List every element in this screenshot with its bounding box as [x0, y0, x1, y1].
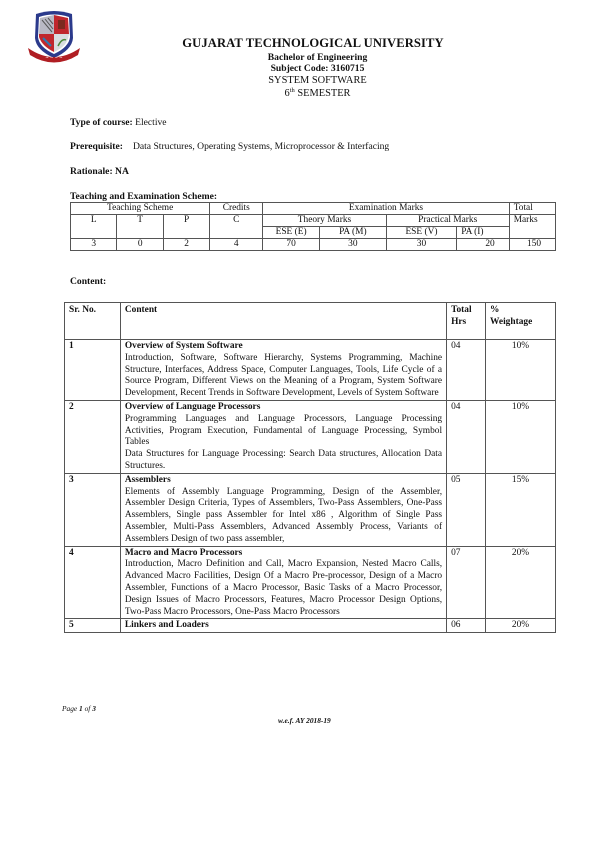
total-hrs-header: TotalHrs	[447, 303, 486, 340]
prerequisite: Prerequisite:Data Structures, Operating …	[70, 141, 389, 152]
page-prefix: Page	[62, 704, 79, 713]
pa-i-header: PA (I)	[457, 227, 509, 239]
scheme-values-row: 3 0 2 4 70 30 30 20 150	[71, 239, 556, 251]
pa-m-header: PA (M)	[319, 227, 386, 239]
sr-no-header: Sr. No.	[65, 303, 121, 340]
row-description: Introduction, Macro Definition and Call,…	[125, 559, 442, 618]
row-weightage: 20%	[486, 619, 556, 633]
content-row: 4 Macro and Macro Processors Introductio…	[65, 546, 556, 619]
teaching-scheme-header: Teaching Scheme	[71, 203, 210, 215]
effective-from: w.e.f. AY 2018-19	[278, 716, 331, 725]
university-name: GUJARAT TECHNOLOGICAL UNIVERSITY	[168, 36, 458, 51]
semester: 6th SEMESTER	[200, 88, 435, 99]
row-sr-no: 5	[65, 619, 121, 633]
scheme-table: Teaching Scheme Credits Examination Mark…	[70, 202, 556, 251]
row-description: Elements of Assembly Language Programmin…	[125, 487, 442, 546]
c-value: 4	[210, 239, 263, 251]
pa-m-value: 30	[319, 239, 386, 251]
l-value: 3	[71, 239, 117, 251]
content-row: 1 Overview of System Software Introducti…	[65, 340, 556, 401]
row-sr-no: 4	[65, 546, 121, 619]
row-weightage: 10%	[486, 340, 556, 401]
row-topic: Overview of Language Processors	[125, 402, 442, 414]
l-header: L	[71, 215, 117, 239]
theory-marks-header: Theory Marks	[263, 215, 386, 227]
total-hrs-header-line1: Total	[451, 305, 472, 315]
weightage-header-line2: Weightage	[490, 317, 532, 327]
total-marks-header-2: Marks	[509, 215, 555, 239]
row-topic: Assemblers	[125, 475, 442, 487]
row-topic: Overview of System Software	[125, 341, 442, 353]
course-type-label: Type of course:	[70, 117, 133, 128]
rationale: Rationale: NA	[70, 166, 129, 177]
row-hrs: 07	[447, 546, 486, 619]
ese-v-header: ESE (V)	[386, 227, 457, 239]
p-value: 2	[163, 239, 209, 251]
prerequisite-value: Data Structures, Operating Systems, Micr…	[133, 141, 389, 152]
ese-e-value: 70	[263, 239, 320, 251]
practical-marks-header: Practical Marks	[386, 215, 509, 227]
row-content: Assemblers Elements of Assembly Language…	[120, 473, 446, 546]
t-value: 0	[117, 239, 163, 251]
row-sr-no: 3	[65, 473, 121, 546]
pa-i-value: 20	[457, 239, 509, 251]
row-hrs: 04	[447, 400, 486, 473]
row-sr-no: 1	[65, 340, 121, 401]
weightage-header-line1: %	[490, 305, 499, 315]
row-weightage: 15%	[486, 473, 556, 546]
university-logo: ~ ~ ~ ~	[24, 8, 84, 66]
row-content: Macro and Macro Processors Introduction,…	[120, 546, 446, 619]
total-hrs-header-line2: Hrs	[451, 317, 466, 327]
scheme-heading: Teaching and Examination Scheme:	[70, 191, 217, 202]
row-description-2: Data Structures for Language Processing:…	[125, 449, 442, 473]
row-content: Linkers and Loaders	[120, 619, 446, 633]
row-hrs: 05	[447, 473, 486, 546]
gtu-crest-icon: ~ ~ ~ ~	[24, 8, 84, 66]
total-marks-header-1: Total	[509, 203, 555, 215]
semester-label: SEMESTER	[295, 88, 351, 99]
content-header: Content	[120, 303, 446, 340]
course-type: Type of course: Elective	[70, 117, 167, 128]
page-total: 3	[92, 704, 96, 713]
total-marks-value: 150	[509, 239, 555, 251]
t-header: T	[117, 215, 163, 239]
row-sr-no: 2	[65, 400, 121, 473]
row-weightage: 20%	[486, 546, 556, 619]
p-header: P	[163, 215, 209, 239]
svg-text:~ ~ ~ ~: ~ ~ ~ ~	[45, 55, 62, 60]
ese-e-header: ESE (E)	[263, 227, 320, 239]
page-of: of	[83, 704, 92, 713]
content-heading: Content:	[70, 276, 106, 287]
page-number: Page 1 of 3	[62, 704, 96, 713]
ese-v-value: 30	[386, 239, 457, 251]
degree-name: Bachelor of Engineering	[200, 52, 435, 63]
content-row: 2 Overview of Language Processors Progra…	[65, 400, 556, 473]
row-topic: Macro and Macro Processors	[125, 548, 442, 560]
content-row: 3 Assemblers Elements of Assembly Langua…	[65, 473, 556, 546]
row-topic: Linkers and Loaders	[125, 620, 442, 632]
prerequisite-label: Prerequisite:	[70, 141, 123, 152]
content-row: 5 Linkers and Loaders 06 20%	[65, 619, 556, 633]
row-content: Overview of Language Processors Programm…	[120, 400, 446, 473]
course-type-value: Elective	[135, 117, 166, 128]
row-hrs: 04	[447, 340, 486, 401]
rationale-label: Rationale: NA	[70, 166, 129, 177]
weightage-header: %Weightage	[486, 303, 556, 340]
subject-code: Subject Code: 3160715	[200, 63, 435, 74]
credits-header: Credits	[210, 203, 263, 215]
c-header: C	[210, 215, 263, 239]
row-description: Introduction, Software, Software Hierarc…	[125, 353, 442, 400]
exam-marks-header: Examination Marks	[263, 203, 509, 215]
row-content: Overview of System Software Introduction…	[120, 340, 446, 401]
row-hrs: 06	[447, 619, 486, 633]
row-weightage: 10%	[486, 400, 556, 473]
subject-name: SYSTEM SOFTWARE	[200, 75, 435, 86]
content-table: Sr. No. Content TotalHrs %Weightage 1 Ov…	[64, 302, 556, 633]
row-description: Programming Languages and Language Proce…	[125, 414, 442, 449]
